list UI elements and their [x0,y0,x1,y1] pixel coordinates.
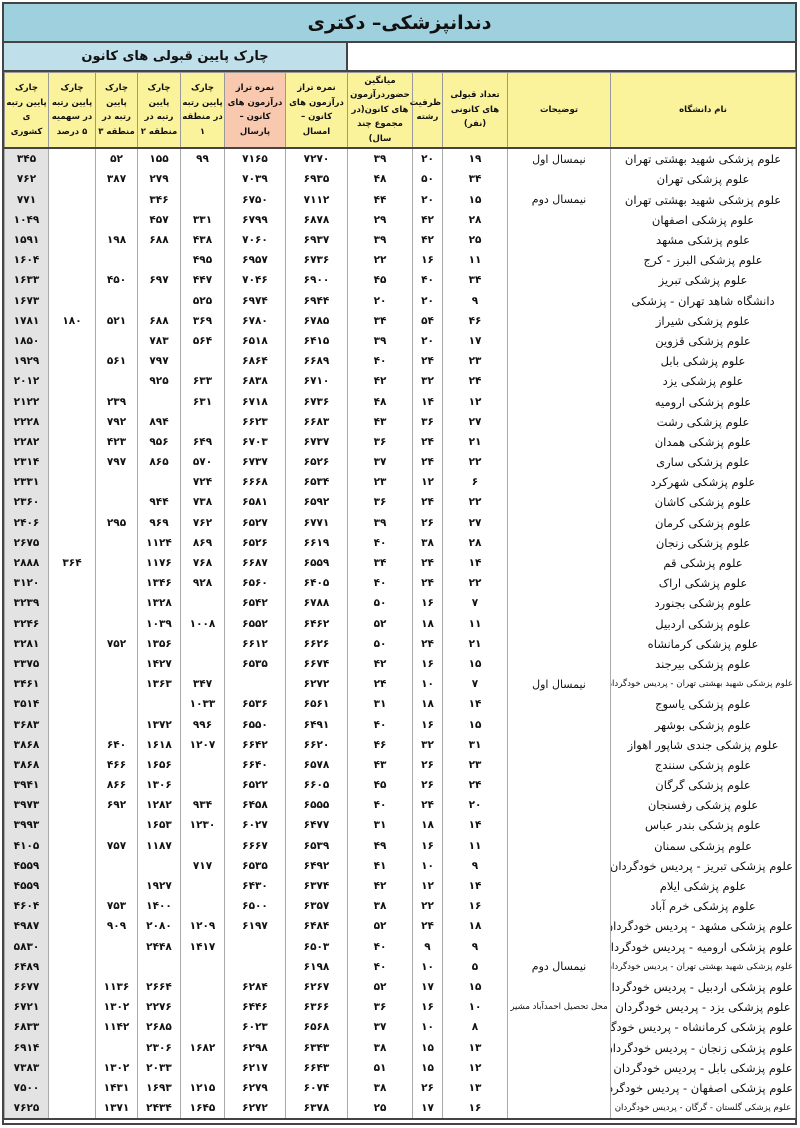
region1-rank-cell: ۷۳۸ [181,492,225,512]
university-name-cell: علوم پزشکی رشت [611,412,796,432]
avg-attendance-cell: ۳۱ [348,815,413,835]
notes-cell [508,533,611,553]
national-rank-cell: ۳۵۱۴ [5,694,49,714]
score-last-year-cell: ۶۵۱۸ [225,331,286,351]
quota5-rank-cell [49,250,96,270]
national-rank-cell: ۷۷۱ [5,190,49,210]
notes-cell [508,977,611,997]
notes-cell [508,230,611,250]
score-this-year-cell: ۶۷۳۶ [286,391,348,411]
notes-cell [508,472,611,492]
score-this-year-cell: ۶۴۹۲ [286,856,348,876]
region2-rank-cell: ۲۶۶۴ [138,977,181,997]
region3-rank-cell [96,573,138,593]
notes-cell [508,492,611,512]
quota5-rank-cell [49,957,96,977]
region3-rank-cell: ۲۹۵ [96,513,138,533]
accepted-count-cell: ۱۱ [443,836,508,856]
notes-cell [508,573,611,593]
national-rank-cell: ۱۹۲۹ [5,351,49,371]
capacity-cell: ۱۸ [413,815,443,835]
region2-rank-cell: ۱۳۴۶ [138,573,181,593]
quota5-rank-cell [49,432,96,452]
university-name-cell: علوم پزشکی تبریز - پردیس خودگردان [611,856,796,876]
avg-attendance-cell: ۳۶ [348,997,413,1017]
notes-cell [508,391,611,411]
score-this-year-cell: ۶۱۹۸ [286,957,348,977]
avg-attendance-cell: ۳۶ [348,432,413,452]
region3-rank-cell [96,250,138,270]
national-rank-cell: ۷۵۰۰ [5,1078,49,1098]
avg-attendance-cell: ۵۲ [348,614,413,634]
notes-cell [508,1037,611,1057]
national-rank-cell: ۶۸۳۳ [5,1017,49,1037]
capacity-cell: ۲۴ [413,634,443,654]
score-this-year-cell: ۶۵۲۶ [286,452,348,472]
region2-rank-cell: ۱۹۲۷ [138,876,181,896]
national-rank-cell: ۲۳۱۴ [5,452,49,472]
notes-cell [508,270,611,290]
score-this-year-cell: ۶۴۱۵ [286,331,348,351]
university-name-cell: علوم پزشکی یزد [611,371,796,391]
region1-rank-cell [181,896,225,916]
avg-attendance-cell: ۵۱ [348,1058,413,1078]
score-this-year-cell: ۶۸۷۸ [286,210,348,230]
table-row: ۲۴۰۶۲۹۵۹۶۹۷۶۲۶۵۲۷۶۷۷۱۳۹۲۶۲۷علوم پزشکی کر… [5,513,796,533]
region1-rank-cell: ۱۶۴۵ [181,1098,225,1119]
capacity-cell: ۱۴ [413,391,443,411]
table-row: ۷۶۲۳۸۷۲۷۹۷۰۳۹۶۹۳۵۴۸۵۰۳۴علوم پزشکی تهران [5,169,796,189]
national-rank-cell: ۲۱۲۲ [5,391,49,411]
region1-rank-cell: ۵۲۵ [181,291,225,311]
table-row: ۷۶۲۵۱۳۷۱۲۴۳۴۱۶۴۵۶۲۷۲۶۳۷۸۲۵۱۷۱۶علوم پزشکی… [5,1098,796,1119]
national-rank-cell: ۳۸۶۸ [5,755,49,775]
score-this-year-cell: ۶۹۳۷ [286,230,348,250]
region2-rank-cell: ۳۴۶ [138,190,181,210]
score-this-year-cell: ۶۷۸۸ [286,593,348,613]
capacity-cell: ۴۲ [413,210,443,230]
score-this-year-cell: ۶۵۶۸ [286,1017,348,1037]
score-this-year-cell: ۶۷۳۷ [286,432,348,452]
national-rank-cell: ۲۶۷۵ [5,533,49,553]
university-name-cell: علوم پزشکی بندر عباس [611,815,796,835]
score-last-year-cell: ۶۵۲۶ [225,533,286,553]
quota5-rank-cell [49,896,96,916]
score-last-year-cell: ۶۵۲۲ [225,775,286,795]
score-this-year-cell: ۶۹۳۵ [286,169,348,189]
notes-cell [508,795,611,815]
score-this-year-cell: ۶۴۸۴ [286,916,348,936]
score-last-year-cell: ۶۶۱۲ [225,634,286,654]
region1-rank-cell: ۵۷۰ [181,452,225,472]
region2-rank-cell: ۹۴۴ [138,492,181,512]
results-table: چارک پایین رتبه ی کشوری چارک پایین رتبه … [4,72,796,1120]
col-capacity: ظرفیت رشته [413,73,443,149]
score-this-year-cell: ۶۰۷۴ [286,1078,348,1098]
col-accepted-count: تعداد قبولی های کانونی (نفر) [443,73,508,149]
national-rank-cell: ۷۳۸۳ [5,1058,49,1078]
region1-rank-cell: ۱۲۰۹ [181,916,225,936]
accepted-count-cell: ۲۲ [443,573,508,593]
col-score-this-year: نمره تراز درآزمون های کانون – امسال [286,73,348,149]
avg-attendance-cell: ۲۵ [348,1098,413,1119]
accepted-count-cell: ۱۵ [443,714,508,734]
region2-rank-cell [138,856,181,876]
university-name-cell: علوم پزشکی مشهد - پردیس خودگردان [611,916,796,936]
region3-rank-cell: ۷۵۷ [96,836,138,856]
notes-cell: محل تحصیل احمدآباد مشیر [508,997,611,1017]
region2-rank-cell [138,694,181,714]
accepted-count-cell: ۱۵ [443,977,508,997]
region3-rank-cell [96,533,138,553]
col-region3-rank: چارک پایین رتبه در منطقه ۳ [96,73,138,149]
quota5-rank-cell [49,230,96,250]
notes-cell [508,916,611,936]
accepted-count-cell: ۲۸ [443,210,508,230]
university-name-cell: علوم پزشکی یزد - پردیس خودگردان [611,997,796,1017]
accepted-count-cell: ۹ [443,291,508,311]
region3-rank-cell [96,371,138,391]
avg-attendance-cell: ۴۴ [348,190,413,210]
notes-cell: نیمسال اول [508,148,611,169]
region3-rank-cell [96,593,138,613]
region1-rank-cell: ۹۲۸ [181,573,225,593]
region3-rank-cell [96,856,138,876]
region3-rank-cell: ۵۲۱ [96,311,138,331]
region2-rank-cell: ۱۶۱۸ [138,735,181,755]
col-notes: توضیحات [508,73,611,149]
col-region1-rank: چارک پایین رتبه در منطقه ۱ [181,73,225,149]
score-last-year-cell: ۶۸۳۸ [225,371,286,391]
accepted-count-cell: ۲۱ [443,432,508,452]
score-this-year-cell: ۶۶۱۹ [286,533,348,553]
capacity-cell: ۲۶ [413,513,443,533]
table-row: ۲۶۷۵۱۱۲۴۸۶۹۶۵۲۶۶۶۱۹۴۰۳۸۲۸علوم پزشکی زنجا… [5,533,796,553]
region3-rank-cell: ۴۵۰ [96,270,138,290]
region3-rank-cell: ۶۹۲ [96,795,138,815]
score-last-year-cell: ۶۷۱۸ [225,391,286,411]
national-rank-cell: ۲۸۸۸ [5,553,49,573]
national-rank-cell: ۶۴۸۹ [5,957,49,977]
region2-rank-cell: ۱۳۲۸ [138,593,181,613]
region1-rank-cell [181,775,225,795]
capacity-cell: ۲۴ [413,452,443,472]
region1-rank-cell: ۱۲۳۰ [181,815,225,835]
region1-rank-cell: ۷۲۴ [181,472,225,492]
quota5-rank-cell [49,148,96,169]
quota5-rank-cell [49,291,96,311]
region3-rank-cell [96,291,138,311]
avg-attendance-cell: ۴۳ [348,412,413,432]
region3-rank-cell: ۱۳۷۱ [96,1098,138,1119]
notes-cell: نیمسال دوم [508,957,611,977]
region1-rank-cell: ۱۶۸۲ [181,1037,225,1057]
university-name-cell: علوم پزشکی جندی شاپور اهواز [611,735,796,755]
region2-rank-cell: ۱۰۳۹ [138,614,181,634]
avg-attendance-cell: ۳۹ [348,148,413,169]
accepted-count-cell: ۱۲ [443,1058,508,1078]
quota5-rank-cell [49,1078,96,1098]
university-name-cell: علوم پزشکی یاسوج [611,694,796,714]
accepted-count-cell: ۱۷ [443,331,508,351]
score-this-year-cell: ۶۶۸۳ [286,412,348,432]
national-rank-cell: ۳۶۸۳ [5,714,49,734]
score-last-year-cell: ۷۰۳۹ [225,169,286,189]
score-last-year-cell: ۶۵۳۵ [225,654,286,674]
region3-rank-cell [96,714,138,734]
region1-rank-cell [181,654,225,674]
capacity-cell: ۱۰ [413,1017,443,1037]
region3-rank-cell [96,210,138,230]
region1-rank-cell: ۹۹۶ [181,714,225,734]
score-last-year-cell: ۶۷۳۷ [225,452,286,472]
capacity-cell: ۵۴ [413,311,443,331]
avg-attendance-cell: ۴۰ [348,795,413,815]
quota5-rank-cell [49,714,96,734]
region3-rank-cell: ۱۹۸ [96,230,138,250]
region2-rank-cell: ۹۵۶ [138,432,181,452]
quota5-rank-cell [49,856,96,876]
score-last-year-cell: ۶۴۳۰ [225,876,286,896]
accepted-count-cell: ۱۹ [443,148,508,169]
score-this-year-cell: ۶۴۶۲ [286,614,348,634]
university-name-cell: علوم پزشکی سمنان [611,836,796,856]
region3-rank-cell: ۱۳۰۲ [96,1058,138,1078]
notes-cell [508,250,611,270]
quota5-rank-cell: ۱۸۰ [49,311,96,331]
quota5-rank-cell [49,513,96,533]
region2-rank-cell: ۲۰۳۳ [138,1058,181,1078]
accepted-count-cell: ۳۴ [443,169,508,189]
university-name-cell: علوم پزشکی بجنورد [611,593,796,613]
accepted-count-cell: ۱۶ [443,896,508,916]
score-last-year-cell: ۶۰۲۷ [225,815,286,835]
score-last-year-cell: ۶۰۲۳ [225,1017,286,1037]
accepted-count-cell: ۴۶ [443,311,508,331]
quota5-rank-cell [49,674,96,694]
capacity-cell: ۱۶ [413,714,443,734]
quota5-rank-cell [49,997,96,1017]
avg-attendance-cell: ۳۸ [348,1037,413,1057]
table-row: ۳۲۴۶۱۰۳۹۱۰۰۸۶۵۵۲۶۴۶۲۵۲۱۸۱۱علوم پزشکی ارد… [5,614,796,634]
national-rank-cell: ۶۹۱۴ [5,1037,49,1057]
table-row: ۵۸۳۰۲۴۴۸۱۴۱۷۶۵۰۳۴۰۹۹علوم پزشکی ارومیه - … [5,937,796,957]
national-rank-cell: ۲۳۳۱ [5,472,49,492]
region3-rank-cell [96,674,138,694]
score-last-year-cell: ۶۶۸۷ [225,553,286,573]
quota5-rank-cell [49,815,96,835]
score-this-year-cell: ۶۷۱۰ [286,371,348,391]
capacity-cell: ۳۲ [413,371,443,391]
score-last-year-cell: ۶۲۸۴ [225,977,286,997]
table-row: ۱۹۲۹۵۶۱۷۹۷۶۸۶۴۶۶۸۹۴۰۲۴۲۳علوم پزشکی بابل [5,351,796,371]
notes-cell [508,937,611,957]
quota5-rank-cell [49,1098,96,1119]
university-name-cell: علوم پزشکی گلستان - گرگان - پردیس خودگرد… [611,1098,796,1119]
university-name-cell: علوم پزشکی اردبیل [611,614,796,634]
score-this-year-cell: ۶۵۵۵ [286,795,348,815]
region1-rank-cell [181,412,225,432]
score-last-year-cell: ۶۶۶۸ [225,472,286,492]
national-rank-cell: ۴۱۰۵ [5,836,49,856]
col-university-name: نام دانشگاه [611,73,796,149]
score-last-year-cell: ۶۷۵۰ [225,190,286,210]
accepted-count-cell: ۲۴ [443,775,508,795]
region3-rank-cell [96,957,138,977]
region3-rank-cell: ۱۴۳۱ [96,1078,138,1098]
quota5-rank-cell [49,977,96,997]
region1-rank-cell [181,876,225,896]
quota5-rank-cell [49,634,96,654]
score-last-year-cell: ۶۲۷۲ [225,1098,286,1119]
region2-rank-cell: ۸۶۵ [138,452,181,472]
national-rank-cell: ۱۶۰۴ [5,250,49,270]
quota5-rank-cell [49,1058,96,1078]
region3-rank-cell: ۷۵۲ [96,634,138,654]
university-name-cell: علوم پزشکی کرمانشاه [611,634,796,654]
notes-cell [508,412,611,432]
national-rank-cell: ۲۴۰۶ [5,513,49,533]
accepted-count-cell: ۱۶ [443,1098,508,1119]
notes-cell [508,755,611,775]
quota5-rank-cell [49,654,96,674]
region1-rank-cell [181,997,225,1017]
subheader-row: چارک پایین قبولی های کانون [4,43,795,72]
score-last-year-cell: ۶۷۸۰ [225,311,286,331]
score-this-year-cell: ۶۳۶۶ [286,997,348,1017]
accepted-count-cell: ۲۵ [443,230,508,250]
score-this-year-cell: ۶۵۰۳ [286,937,348,957]
score-last-year-cell: ۶۶۲۳ [225,412,286,432]
national-rank-cell: ۳۴۵ [5,148,49,169]
university-name-cell: علوم پزشکی سنندج [611,755,796,775]
national-rank-cell: ۴۵۵۹ [5,876,49,896]
region1-rank-cell: ۶۴۹ [181,432,225,452]
region2-rank-cell: ۸۹۴ [138,412,181,432]
avg-attendance-cell: ۴۸ [348,391,413,411]
quota5-rank-cell [49,371,96,391]
table-row: ۳۴۶۱۱۳۶۳۳۴۷۶۲۷۲۲۴۱۰۷نیمسال اولعلوم پزشکی… [5,674,796,694]
quota5-rank-cell [49,391,96,411]
notes-cell [508,452,611,472]
region3-rank-cell [96,694,138,714]
table-row: ۷۳۸۳۱۳۰۲۲۰۳۳۶۲۱۷۶۶۴۳۵۱۱۵۱۲علوم پزشکی باب… [5,1058,796,1078]
score-this-year-cell: ۶۷۷۱ [286,513,348,533]
avg-attendance-cell: ۵۰ [348,634,413,654]
avg-attendance-cell: ۴۳ [348,755,413,775]
accepted-count-cell: ۱۳ [443,1078,508,1098]
table-row: ۴۵۵۹۷۱۷۶۵۳۵۶۴۹۲۴۱۱۰۹علوم پزشکی تبریز - پ… [5,856,796,876]
col-quota5-rank: چارک پایین رتبه در سهمیه ۵ درصد [49,73,96,149]
table-row: ۳۸۶۸۶۴۰۱۶۱۸۱۲۰۷۶۶۴۲۶۶۲۰۴۶۳۲۳۱علوم پزشکی … [5,735,796,755]
notes-cell [508,1098,611,1119]
national-rank-cell: ۵۸۳۰ [5,937,49,957]
avg-attendance-cell: ۳۹ [348,513,413,533]
university-name-cell: علوم پزشکی اصفهان [611,210,796,230]
region2-rank-cell: ۲۲۷۶ [138,997,181,1017]
notes-cell: نیمسال دوم [508,190,611,210]
accepted-count-cell: ۶ [443,472,508,492]
university-name-cell: علوم پزشکی خرم آباد [611,896,796,916]
avg-attendance-cell: ۵۲ [348,977,413,997]
score-last-year-cell: ۶۹۷۴ [225,291,286,311]
national-rank-cell: ۶۷۲۱ [5,997,49,1017]
quota5-rank-cell [49,735,96,755]
notes-cell [508,553,611,573]
university-name-cell: علوم پزشکی ایلام [611,876,796,896]
capacity-cell: ۱۸ [413,614,443,634]
notes-cell [508,513,611,533]
score-this-year-cell: ۶۶۸۹ [286,351,348,371]
region3-rank-cell: ۲۳۹ [96,391,138,411]
national-rank-cell: ۳۴۶۱ [5,674,49,694]
accepted-count-cell: ۱۴ [443,694,508,714]
score-last-year-cell [225,937,286,957]
avg-attendance-cell: ۲۳ [348,472,413,492]
page-title: دندانپزشکی– دکتری [4,4,795,43]
score-this-year-cell: ۶۷۳۶ [286,250,348,270]
national-rank-cell: ۲۲۲۸ [5,412,49,432]
region2-rank-cell: ۲۴۳۴ [138,1098,181,1119]
table-row: ۳۳۷۵۱۴۲۷۶۵۳۵۶۶۷۴۴۲۱۶۱۵علوم پزشکی بیرجند [5,654,796,674]
score-this-year-cell: ۶۹۰۰ [286,270,348,290]
national-rank-cell: ۳۲۳۹ [5,593,49,613]
score-last-year-cell: ۶۵۳۵ [225,856,286,876]
header-row: چارک پایین رتبه ی کشوری چارک پایین رتبه … [5,73,796,149]
university-name-cell: علوم پزشکی کرمانشاه - پردیس خودگردان [611,1017,796,1037]
score-this-year-cell: ۶۵۹۲ [286,492,348,512]
university-name-cell: علوم پزشکی ساری [611,452,796,472]
table-row: ۲۱۲۲۲۳۹۶۳۱۶۷۱۸۶۷۳۶۴۸۱۴۱۲علوم پزشکی ارومی… [5,391,796,411]
table-row: ۲۳۳۱۷۲۴۶۶۶۸۶۵۳۴۲۳۱۲۶علوم پزشکی شهرکرد [5,472,796,492]
region1-rank-cell: ۳۳۱ [181,210,225,230]
region2-rank-cell: ۱۱۸۷ [138,836,181,856]
capacity-cell: ۲۴ [413,795,443,815]
col-score-last-year: نمره تراز درآزمون های کانون – پارسال [225,73,286,149]
region2-rank-cell: ۲۷۹ [138,169,181,189]
university-name-cell: علوم پزشکی زنجان - پردیس خودگردان [611,1037,796,1057]
university-name-cell: علوم پزشکی شهید بهشتی تهران - پردیس خودگ… [611,957,796,977]
accepted-count-cell: ۱۱ [443,614,508,634]
region1-rank-cell: ۴۴۷ [181,270,225,290]
avg-attendance-cell: ۴۰ [348,351,413,371]
university-name-cell: علوم پزشکی شیراز [611,311,796,331]
table-row: ۳۴۵۵۲۱۵۵۹۹۷۱۶۵۷۲۷۰۳۹۲۰۱۹نیمسال اولعلوم پ… [5,148,796,169]
accepted-count-cell: ۷ [443,674,508,694]
national-rank-cell: ۲۲۸۲ [5,432,49,452]
region1-rank-cell [181,351,225,371]
avg-attendance-cell: ۳۹ [348,331,413,351]
region2-rank-cell: ۱۶۵۶ [138,755,181,775]
capacity-cell: ۲۶ [413,1078,443,1098]
score-last-year-cell: ۶۵۵۰ [225,714,286,734]
score-last-year-cell: ۶۶۴۲ [225,735,286,755]
accepted-count-cell: ۲۰ [443,795,508,815]
score-last-year-cell: ۶۵۲۷ [225,513,286,533]
region2-rank-cell [138,957,181,977]
region3-rank-cell: ۳۸۷ [96,169,138,189]
region1-rank-cell [181,1017,225,1037]
university-name-cell: علوم پزشکی کاشان [611,492,796,512]
table-row: ۳۲۸۱۷۵۲۱۳۵۶۶۶۱۲۶۶۲۶۵۰۲۴۲۱علوم پزشکی کرما… [5,634,796,654]
avg-attendance-cell: ۲۹ [348,210,413,230]
region2-rank-cell [138,472,181,492]
capacity-cell: ۱۰ [413,856,443,876]
university-name-cell: علوم پزشکی اردبیل - پردیس خودگردان [611,977,796,997]
avg-attendance-cell: ۵۰ [348,593,413,613]
table-row: ۱۶۷۳۵۲۵۶۹۷۴۶۹۴۴۲۰۲۰۹دانشگاه شاهد تهران -… [5,291,796,311]
score-last-year-cell: ۶۹۵۷ [225,250,286,270]
